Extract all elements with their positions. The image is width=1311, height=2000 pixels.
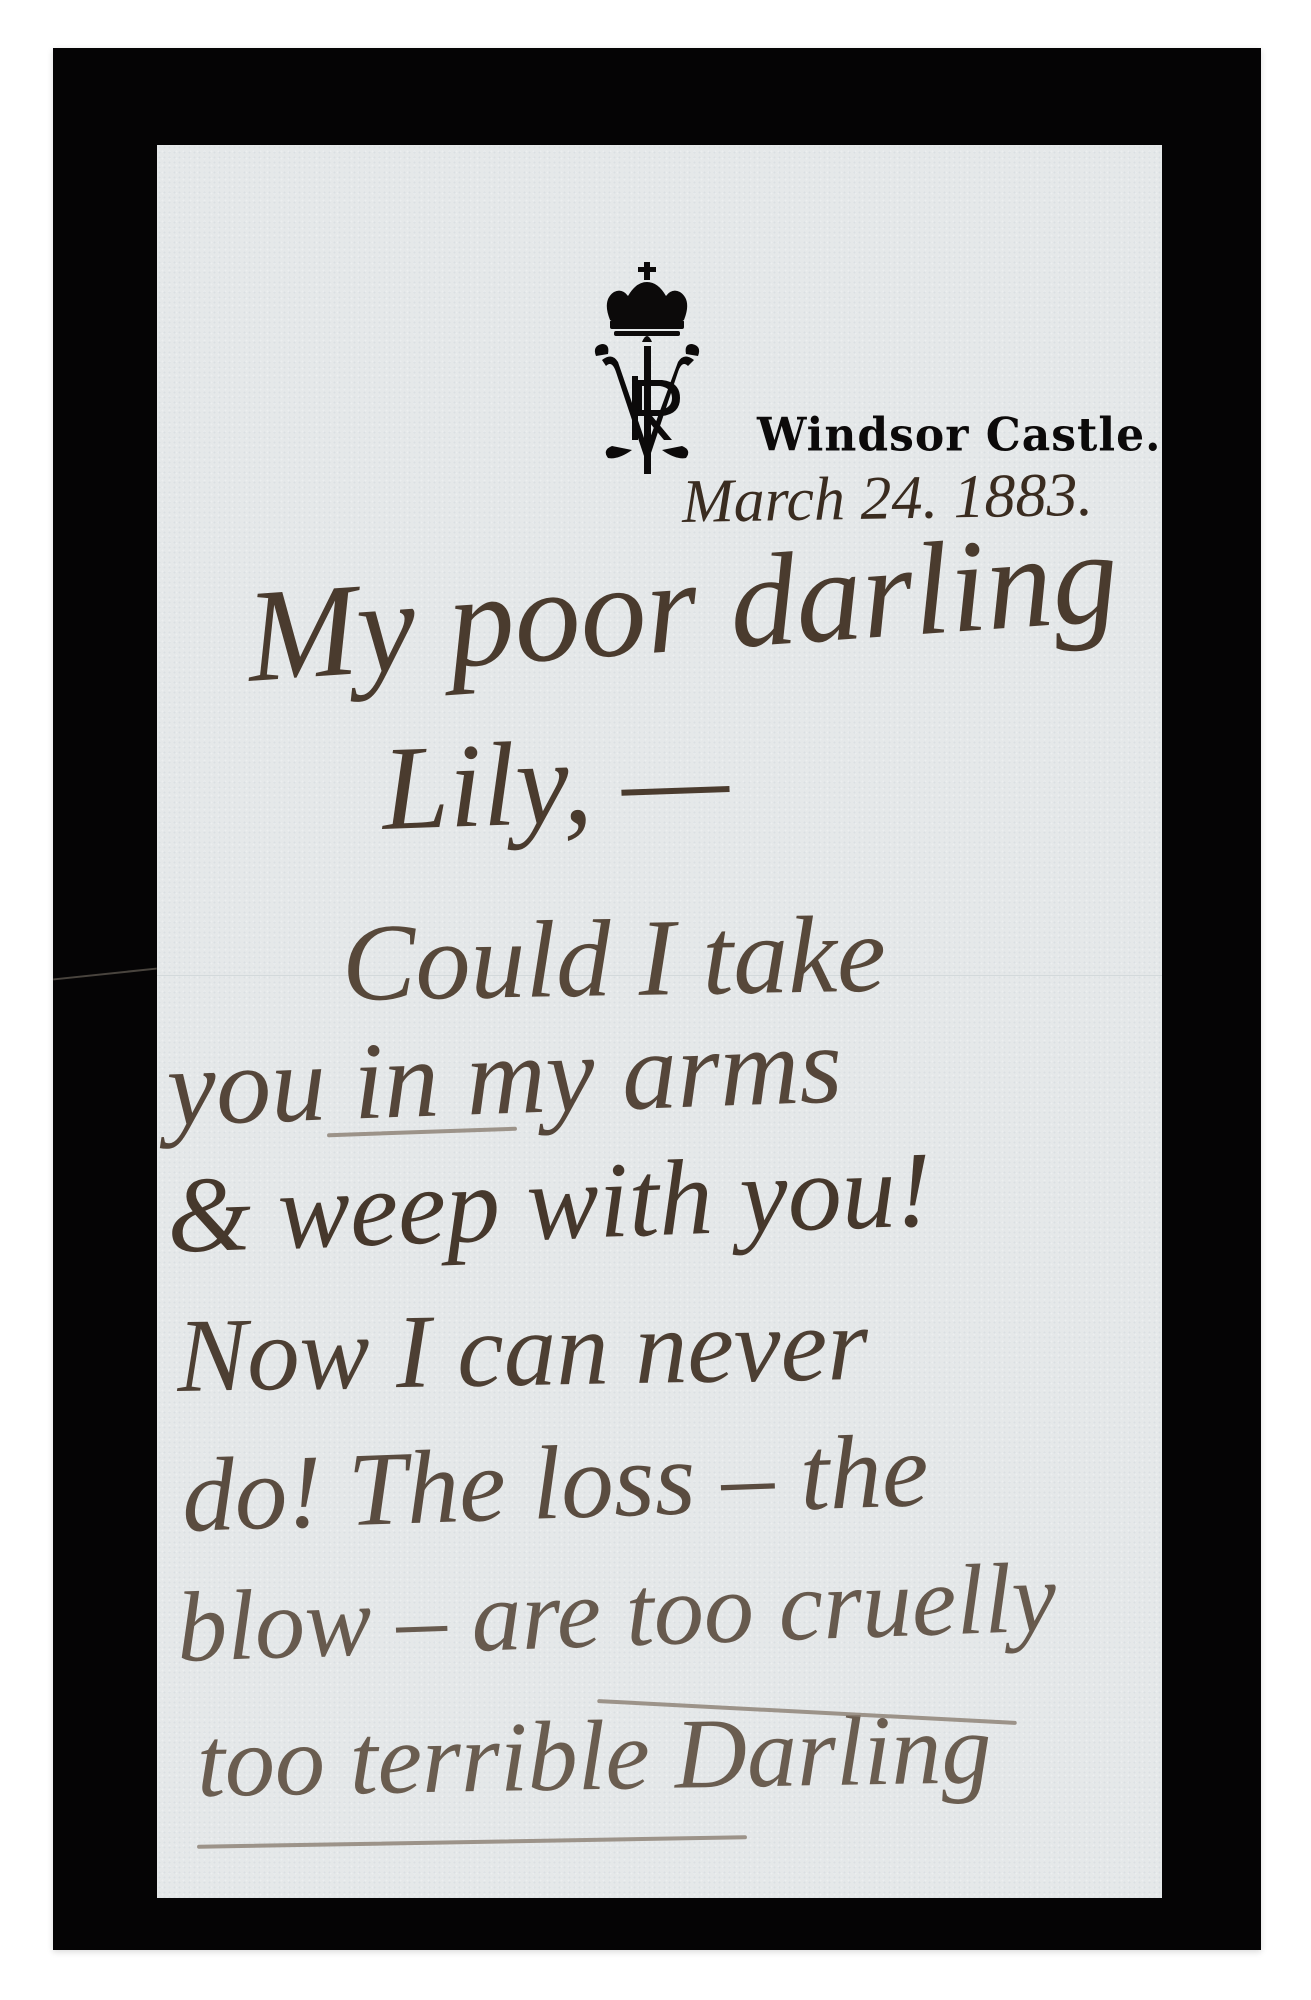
crown-monogram-icon <box>592 260 702 475</box>
letter-line-8: blow – are too cruelly <box>175 1539 1058 1685</box>
letter-line-6: Now I can never <box>176 1283 869 1416</box>
letterhead-place: Windsor Castle. <box>757 409 1161 463</box>
letter-line-2: Lily, — <box>380 708 731 858</box>
mourning-letter-sheet: Windsor Castle. March 24. 1883. My poor … <box>53 48 1261 1950</box>
letter-paper: Windsor Castle. March 24. 1883. My poor … <box>157 145 1162 1898</box>
letter-line-7: do! The loss – the <box>180 1409 930 1556</box>
underline-too-terrible <box>197 1835 747 1849</box>
letter-line-1: My poor darling <box>242 499 1123 712</box>
letter-line-9: too terrible Darling <box>196 1691 992 1820</box>
fold-crease <box>53 968 157 981</box>
letter-line-5: & weep with you! <box>165 1128 934 1279</box>
